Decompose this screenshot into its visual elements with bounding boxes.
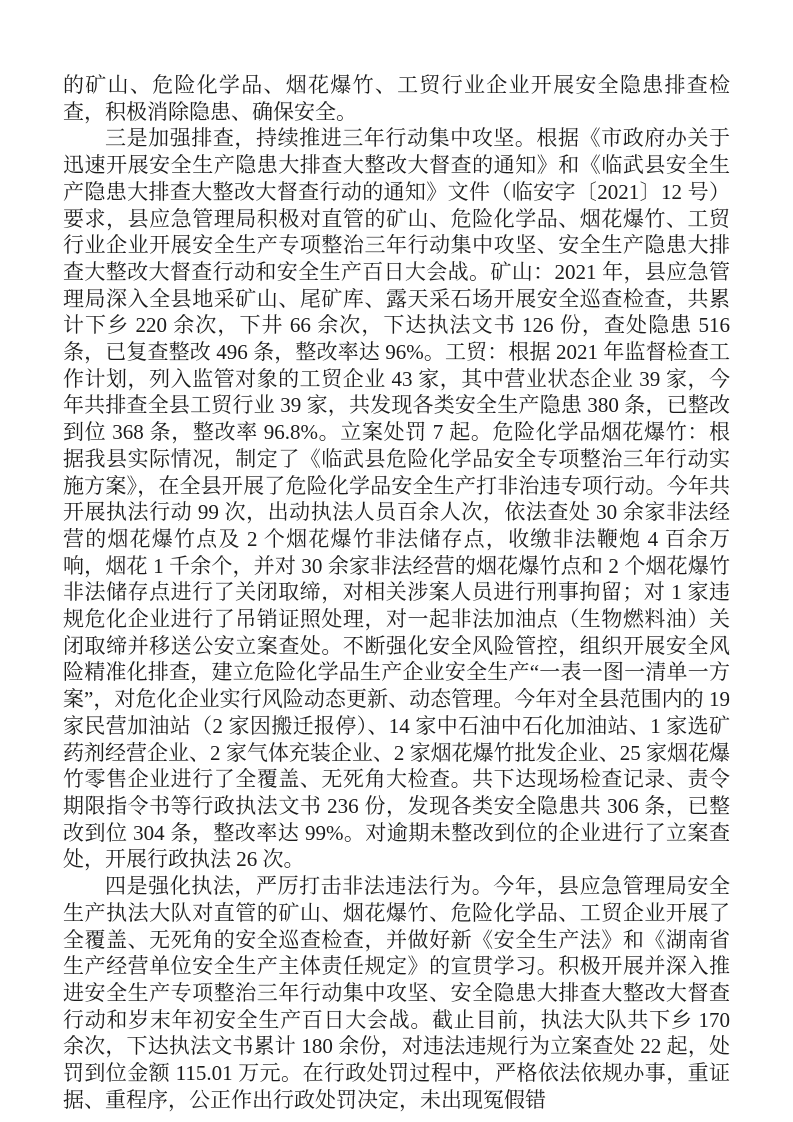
paragraph-continuation: 的矿山、危险化学品、烟花爆竹、工贸行业企业开展安全隐患排查检查，积极消除隐患、确…: [63, 72, 730, 125]
text-block: 的矿山、危险化学品、烟花爆竹、工贸行业企业开展安全隐患排查检查，积极消除隐患、确…: [63, 72, 730, 1113]
paragraph-section-three: 三是加强排查，持续推进三年行动集中攻坚。根据《市政府办关于迅速开展安全生产隐患大…: [63, 125, 730, 873]
paragraph-section-four: 四是强化执法，严厉打击非法违法行为。今年，县应急管理局安全生产执法大队对直管的矿…: [63, 873, 730, 1113]
document-page: 的矿山、危险化学品、烟花爆竹、工贸行业企业开展安全隐患排查检查，积极消除隐患、确…: [0, 0, 793, 1122]
